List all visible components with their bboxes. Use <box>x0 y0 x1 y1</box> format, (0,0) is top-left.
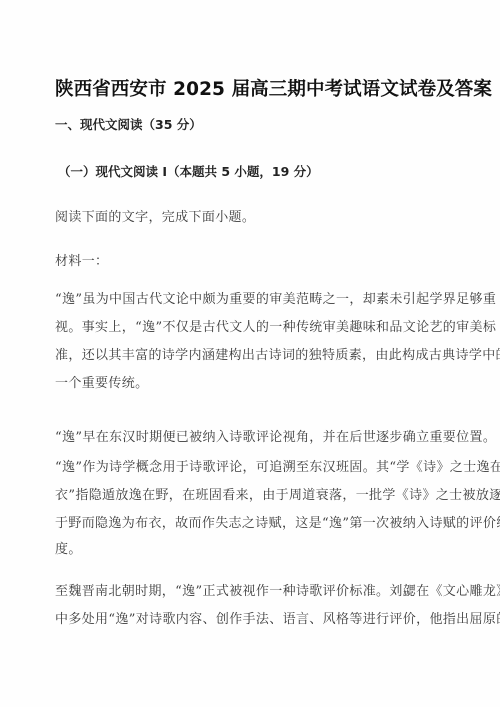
paragraph-line: 于野而隐逸为布衣，故而作失志之诗赋，这是“逸”第一次被纳入诗赋的评价维 <box>55 516 500 532</box>
paragraph-line: “逸”作为诗学概念用于诗歌评论，可追溯至东汉班固。其“学《诗》之士逸在布 <box>55 460 500 476</box>
subsection-heading: （一）现代文阅读 I（本题共 5 小题，19 分） <box>58 164 319 180</box>
document-title: 陕西省西安市 2025 届高三期中考试语文试卷及答案 <box>55 79 492 101</box>
section-heading: 一、现代文阅读（35 分） <box>55 117 202 133</box>
paragraph-line: 准，还以其丰富的诗学内涵建构出古诗词的独特质素，由此构成古典诗学中的 <box>55 348 500 364</box>
paragraph-line: 视。事实上，“逸”不仅是古代文人的一种传统审美趣味和品文论艺的审美标 <box>55 320 496 336</box>
paragraph-line: 一个重要传统。 <box>55 376 148 392</box>
paragraph-line: 衣”指隐遁放逸在野，在班固看来，由于周道衰落，一批学《诗》之士被放逐 <box>55 488 500 504</box>
paragraph-line: “逸”虽为中国古代文论中颇为重要的审美范畴之一，却素未引起学界足够重 <box>55 292 496 308</box>
paragraph-line: 至魏晋南北朝时期，“逸”正式被视作一种诗歌评价标准。刘勰在《文心雕龙》 <box>55 584 500 600</box>
instruction-text: 阅读下面的文字，完成下面小题。 <box>55 210 255 226</box>
paragraph-line: 中多处用“逸”对诗歌内容、创作手法、语言、风格等进行评价，他指出屈原的 <box>55 612 500 628</box>
document-page: 陕西省西安市 2025 届高三期中考试语文试卷及答案 一、现代文阅读（35 分）… <box>0 0 500 707</box>
material-label: 材料一： <box>55 254 108 270</box>
paragraph-line: “逸”早在东汉时期便已被纳入诗歌评论视角，并在后世逐步确立重要位置。 <box>55 430 496 446</box>
paragraph-line: 度。 <box>55 542 82 558</box>
